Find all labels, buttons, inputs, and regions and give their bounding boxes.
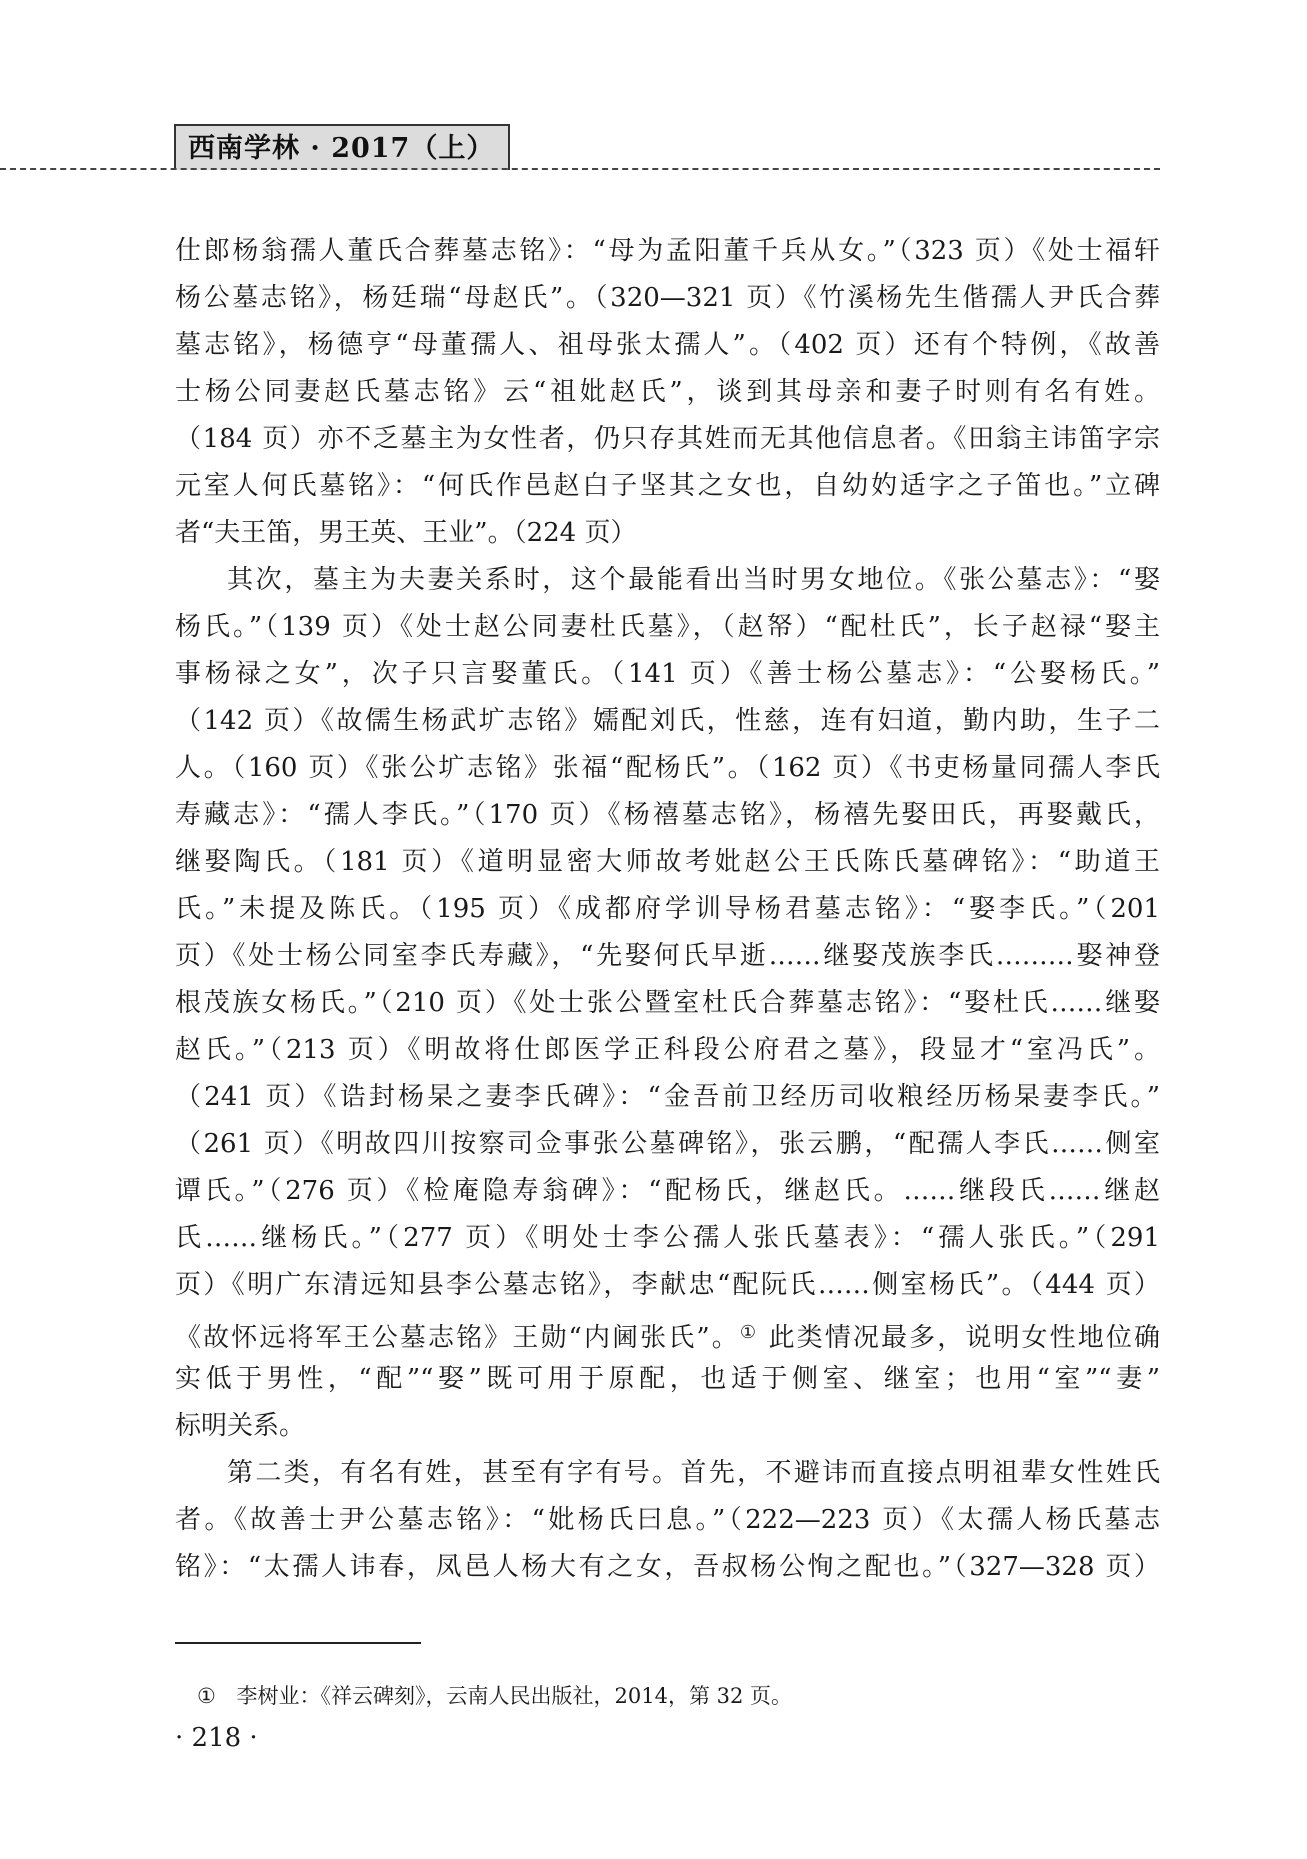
text-line: （142 页）《故儒生杨武圹志铭》嬬配刘氏，性慈，连有妇道，勤内助，生子二 <box>175 698 1160 745</box>
text-line: （184 页）亦不乏墓主为女性者，仍只存其姓而无其他信息者。《田翁主讳笛字宗 <box>175 416 1160 463</box>
journal-title-box: 西南学林 · 2017（上） <box>174 124 510 170</box>
footnote-mark: ① <box>197 1684 216 1708</box>
text-line: 实低于男性，“配”“娶”既可用于原配，也适于侧室、继室；也用“室”“妻” <box>175 1356 1160 1403</box>
footnote-reference[interactable]: ① <box>740 1322 758 1343</box>
running-head: 西南学林 · 2017（上） <box>0 124 1307 170</box>
text-line: 仕郎杨翁孺人董氏合葬墓志铭》：“母为孟阳董千兵从女。”（323 页）《处士福轩 <box>175 228 1160 275</box>
body-text: 仕郎杨翁孺人董氏合葬墓志铭》：“母为孟阳董千兵从女。”（323 页）《处士福轩 … <box>175 228 1160 1591</box>
text-line: 寿藏志》：“孺人李氏。”（170 页）《杨禧墓志铭》，杨禧先娶田氏，再娶戴氏， <box>175 792 1160 839</box>
text-line: 标明关系。 <box>175 1403 1160 1450</box>
text-segment: 此类情况最多，说明女性地位确 <box>769 1323 1160 1353</box>
text-line: 事杨禄之女”，次子只言娶董氏。（141 页）《善士杨公墓志》：“公娶杨氏。” <box>175 651 1160 698</box>
journal-title: 西南学林 · 2017（上） <box>188 133 494 164</box>
footnote-separator <box>175 1642 421 1644</box>
text-line: 谭氏。”（276 页）《检庵隐寿翁碑》：“配杨氏，继赵氏。……继段氏……继赵 <box>175 1168 1160 1215</box>
text-line: 人。（160 页）《张公圹志铭》张福“配杨氏”。（162 页）《书吏杨量同孺人李… <box>175 745 1160 792</box>
text-line: （241 页）《诰封杨杲之妻李氏碑》：“金吾前卫经历司收粮经历杨杲妻李氏。” <box>175 1074 1160 1121</box>
text-line: 元室人何氏墓铭》：“何氏作邑赵白子坚其之女也，自幼妁适字之子笛也。”立碑 <box>175 463 1160 510</box>
text-line: 士杨公同妻赵氏墓志铭》云“祖妣赵氏”，谈到其母亲和妻子时则有名有姓。 <box>175 369 1160 416</box>
paragraph-start-line: 第二类，有名有姓，甚至有字有号。首先，不避讳而直接点明祖辈女性姓氏 <box>175 1450 1160 1497</box>
text-line: 铭》：“太孺人讳春，凤邑人杨大有之女，吾叔杨公恂之配也。”（327—328 页） <box>175 1544 1160 1591</box>
text-line: 者“夫王笛，男王英、王业”。（224 页） <box>175 510 1160 557</box>
text-line: 墓志铭》，杨德亨“母董孺人、祖母张太孺人”。（402 页）还有个特例，《故善 <box>175 322 1160 369</box>
footnote: ① 李树业：《祥云碑刻》，云南人民出版社，2014，第 32 页。 <box>175 1680 1182 1712</box>
text-line: 氏。”未提及陈氏。（195 页）《成都府学训导杨君墓志铭》：“娶李氏。”（201 <box>175 886 1160 933</box>
header-dashed-rule <box>0 168 1160 170</box>
text-line: 氏……继杨氏。”（277 页）《明处士李公孺人张氏墓表》：“孺人张氏。”（291 <box>175 1215 1160 1262</box>
text-line: 赵氏。”（213 页）《明故将仕郎医学正科段公府君之墓》，段显才“室冯氏”。 <box>175 1027 1160 1074</box>
text-line: 继娶陶氏。（181 页）《道明显密大师故考妣赵公王氏陈氏墓碑铭》：“助道王 <box>175 839 1160 886</box>
text-line: 根茂族女杨氏。”（210 页）《处士张公暨室杜氏合葬墓志铭》：“娶杜氏……继娶 <box>175 980 1160 1027</box>
text-line-with-footnote-ref: 《故怀远将军王公墓志铭》王勋“内阃张氏”。① 此类情况最多，说明女性地位确 <box>175 1309 1160 1356</box>
text-segment: 《故怀远将军王公墓志铭》王勋“内阃张氏”。 <box>175 1323 740 1353</box>
paragraph-start-line: 其次，墓主为夫妻关系时，这个最能看出当时男女地位。《张公墓志》：“娶 <box>175 557 1160 604</box>
page-number: · 218 · <box>175 1718 258 1758</box>
text-line: 页）《明广东清远知县李公墓志铭》，李献忠“配阮氏……侧室杨氏”。（444 页） <box>175 1262 1160 1309</box>
text-line: 杨氏。”（139 页）《处士赵公同妻杜氏墓》，（赵帑）“配杜氏”，长子赵禄“娶主 <box>175 604 1160 651</box>
text-line: 杨公墓志铭》，杨廷瑞“母赵氏”。（320—321 页）《竹溪杨先生偕孺人尹氏合葬 <box>175 275 1160 322</box>
text-line: （261 页）《明故四川按察司佥事张公墓碑铭》，张云鹏，“配孺人李氏……侧室 <box>175 1121 1160 1168</box>
footnote-text: 李树业：《祥云碑刻》，云南人民出版社，2014，第 32 页。 <box>237 1684 793 1708</box>
text-line: 页）《处士杨公同室李氏寿藏》，“先娶何氏早逝……继娶茂族李氏………娶神登 <box>175 933 1160 980</box>
text-line: 者。《故善士尹公墓志铭》：“妣杨氏曰息。”（222—223 页）《太孺人杨氏墓志 <box>175 1497 1160 1544</box>
